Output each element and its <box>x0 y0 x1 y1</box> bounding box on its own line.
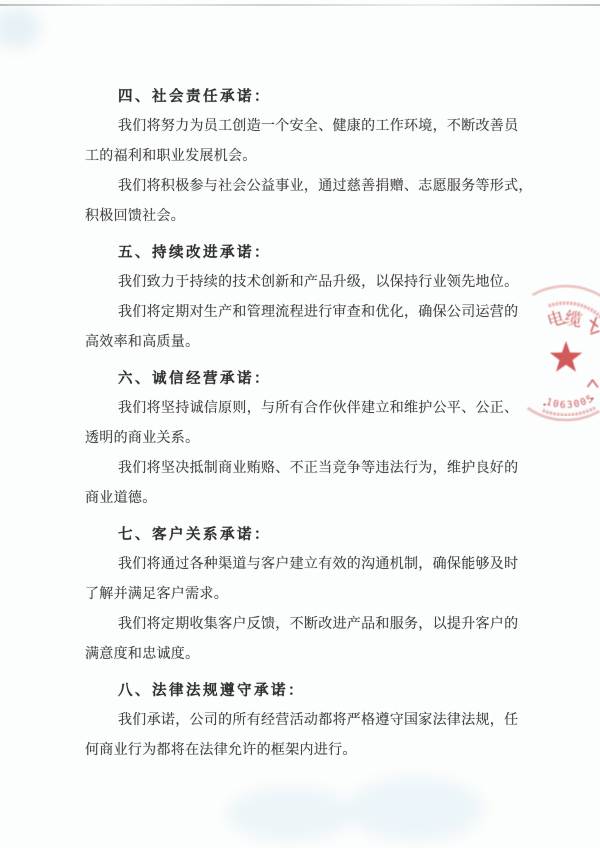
text-line: 我们将坚决抵制商业贿赂、不正当竞争等违法行为，维护良好的 <box>85 454 533 484</box>
stamp-serial-number: 1063005 <box>545 393 597 411</box>
text-line: 我们承诺，公司的所有经营活动都将严格遵守国家法律法规，任 <box>85 706 533 736</box>
section-heading: 七、客户关系承诺： <box>85 520 533 550</box>
scan-edge-line <box>0 4 600 6</box>
company-seal-stamp: 电 缆 1063005 <box>460 262 600 438</box>
section-social-responsibility: 四、社会责任承诺： 我们将努力为员工创造一个安全、健康的工作环境，不断改善员 工… <box>85 82 533 232</box>
stamp-star-icon <box>550 341 582 372</box>
section-heading: 四、社会责任承诺： <box>85 82 533 112</box>
scan-smudge <box>228 788 352 840</box>
paragraph: 我们将坚决抵制商业贿赂、不正当竞争等违法行为，维护良好的 商业道德。 <box>85 454 533 514</box>
section-heading: 八、法律法规遵守承诺： <box>85 676 533 706</box>
section-customer-relations: 七、客户关系承诺： 我们将通过各种渠道与客户建立有效的沟通机制，确保能够及时 了… <box>85 520 533 670</box>
paragraph: 我们将定期收集客户反馈，不断改进产品和服务，以提升客户的 满意度和忠诚度。 <box>85 610 533 670</box>
stamp-partial-character <box>588 380 599 388</box>
text-line: 何商业行为都将在法律允许的框架内进行。 <box>85 736 533 766</box>
text-line: 了解并满足客户需求。 <box>85 580 533 610</box>
paragraph: 我们将通过各种渠道与客户建立有效的沟通机制，确保能够及时 了解并满足客户需求。 <box>85 550 533 610</box>
text-line: 满意度和忠诚度。 <box>85 640 533 670</box>
text-line: 商业道德。 <box>85 484 533 514</box>
paragraph: 我们将努力为员工创造一个安全、健康的工作环境，不断改善员 工的福利和职业发展机会… <box>85 112 533 172</box>
text-line: 我们将通过各种渠道与客户建立有效的沟通机制，确保能够及时 <box>85 550 533 580</box>
text-line: 我们将积极参与社会公益事业，通过慈善捐赠、志愿服务等形式， <box>85 172 533 202</box>
text-line: 积极回馈社会。 <box>85 202 533 232</box>
stamp-arc-character: 电 <box>545 308 567 331</box>
paragraph: 我们承诺，公司的所有经营活动都将严格遵守国家法律法规，任 何商业行为都将在法律允… <box>85 706 533 766</box>
scan-smudge <box>0 8 40 48</box>
stamp-partial-character <box>590 317 600 334</box>
section-legal-compliance: 八、法律法规遵守承诺： 我们承诺，公司的所有经营活动都将严格遵守国家法律法规，任… <box>85 676 533 766</box>
scanned-document-page: 四、社会责任承诺： 我们将努力为员工创造一个安全、健康的工作环境，不断改善员 工… <box>0 0 600 848</box>
text-line: 工的福利和职业发展机会。 <box>85 142 533 172</box>
text-line: 我们将定期收集客户反馈，不断改进产品和服务，以提升客户的 <box>85 610 533 640</box>
stamp-arc-character: 缆 <box>563 308 584 330</box>
paragraph: 我们将积极参与社会公益事业，通过慈善捐赠、志愿服务等形式， 积极回馈社会。 <box>85 172 533 232</box>
scan-smudge <box>348 778 482 840</box>
text-line: 我们将努力为员工创造一个安全、健康的工作环境，不断改善员 <box>85 112 533 142</box>
